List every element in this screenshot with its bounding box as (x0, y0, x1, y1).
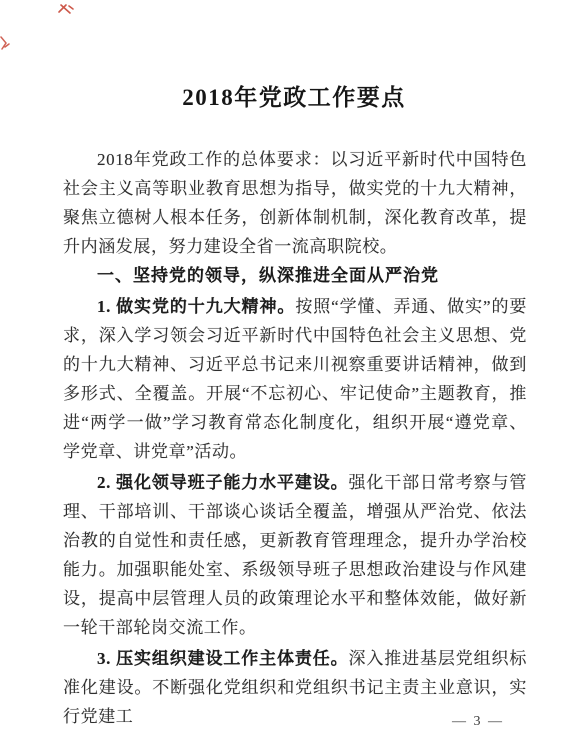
document-body: 2018年党政工作的总体要求：以习近平新时代中国特色社会主义高等职业教育思想为指… (63, 145, 527, 731)
page-number: — 3 — (452, 714, 504, 730)
document-title: 2018年党政工作要点 (0, 0, 588, 112)
overview-paragraph: 2018年党政工作的总体要求：以习近平新时代中国特色社会主义高等职业教育思想为指… (63, 145, 527, 261)
paragraph-2-lead: 2. 强化领导班子能力水平建设。 (97, 473, 349, 492)
section-heading-1: 一、坚持党的领导，纵深推进全面从严治党 (63, 261, 527, 290)
numbered-paragraph-1: 1. 做实党的十九大精神。按照“学懂、弄通、做实”的要求，深入学习领会习近平新时… (63, 292, 527, 466)
paragraph-3-lead: 3. 压实组织建设工作主体责任。 (97, 649, 349, 668)
paragraph-1-lead: 1. 做实党的十九大精神。 (97, 297, 295, 316)
paragraph-1-text: 按照“学懂、弄通、做实”的要求，深入学习领会习近平新时代中国特色社会主义思想、党… (63, 297, 527, 461)
scanned-document-page: 2018年党政工作要点 2018年党政工作的总体要求：以习近平新时代中国特色社会… (0, 0, 588, 752)
numbered-paragraph-2: 2. 强化领导班子能力水平建设。强化干部日常考察与管理、干部培训、干部谈心谈话全… (63, 468, 527, 642)
paragraph-2-text: 强化干部日常考察与管理、干部培训、干部谈心谈话全覆盖，增强从严治党、依法治教的自… (63, 473, 527, 637)
